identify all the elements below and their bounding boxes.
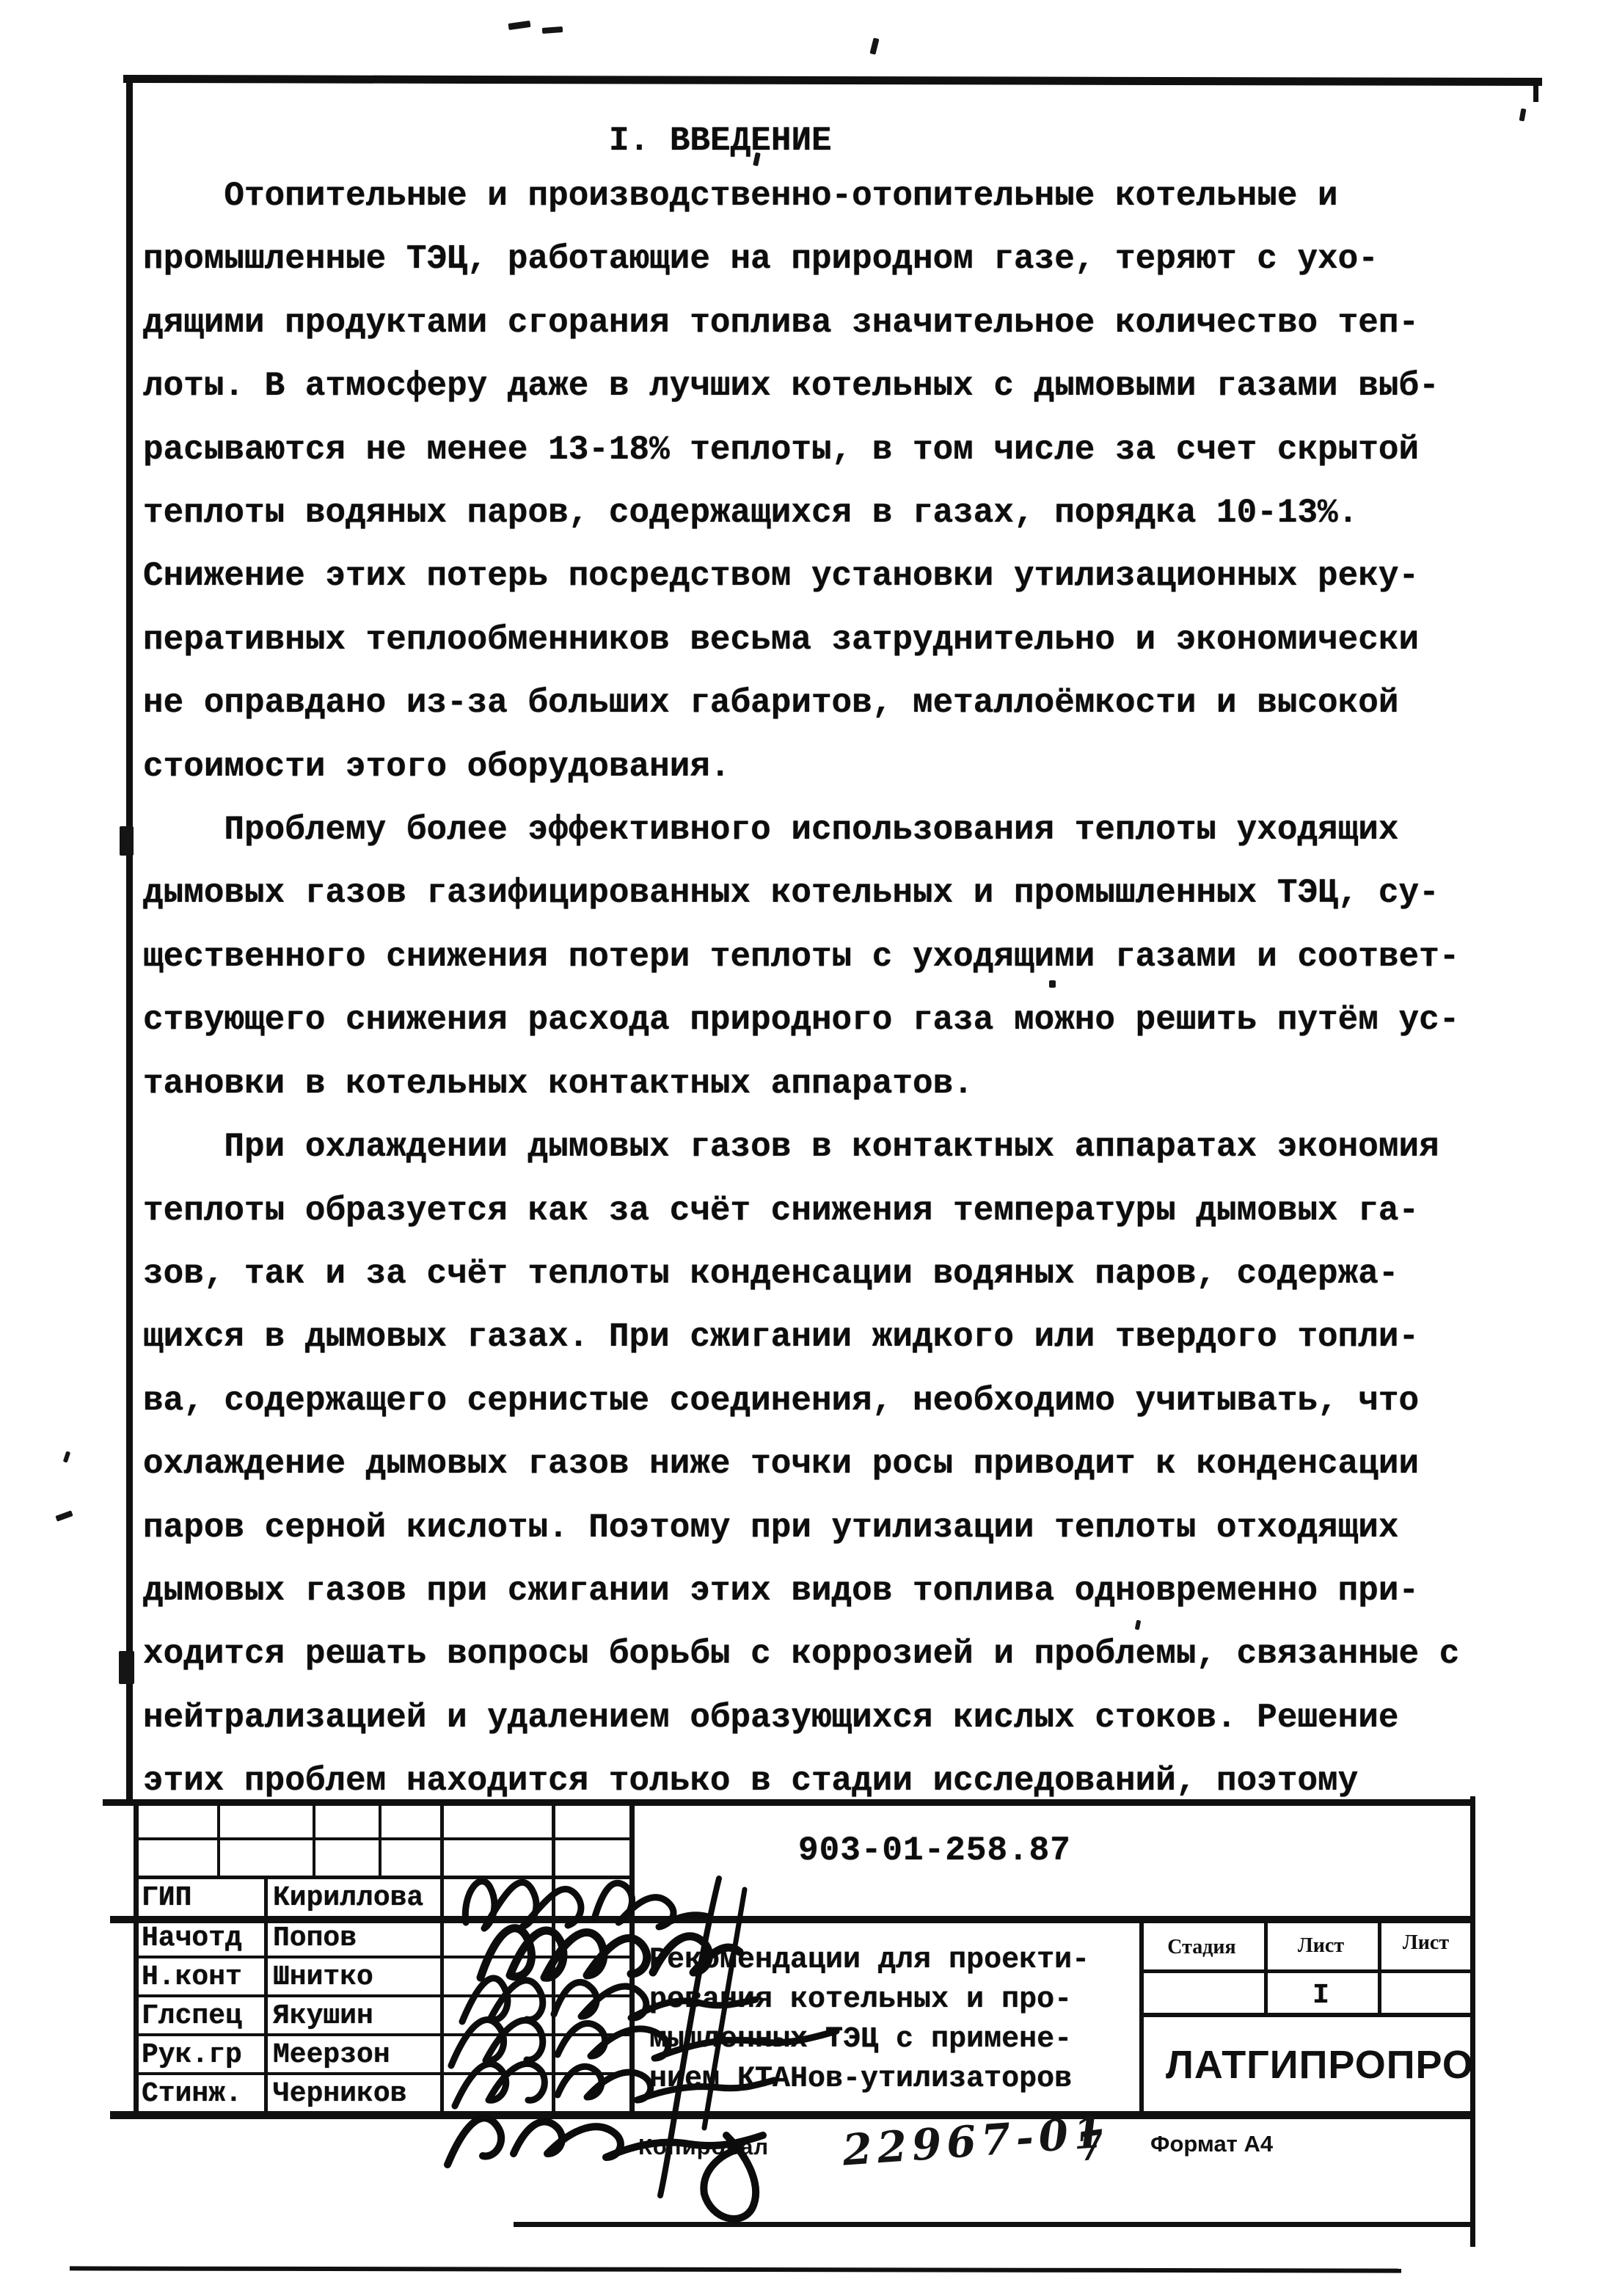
sheets-count-header: Лист bbox=[1381, 1931, 1470, 1955]
titleblock-line bbox=[136, 1837, 632, 1840]
titleblock-line bbox=[103, 1799, 1475, 1806]
scan-speck bbox=[542, 26, 563, 34]
signer-role: Стинж. bbox=[142, 2078, 242, 2110]
signer-name: Якушин bbox=[273, 2000, 373, 2032]
titleblock-line bbox=[264, 1876, 268, 2118]
signature-shnitko bbox=[462, 1978, 756, 2022]
signature-kirillova bbox=[465, 1881, 708, 1928]
titleblock-line bbox=[217, 1799, 220, 1878]
stage-header: Стадия bbox=[1139, 1936, 1264, 1959]
scan-speck bbox=[63, 1451, 70, 1462]
scan-speck bbox=[119, 1651, 134, 1684]
scanned-document-page: I. ВВЕДЕНИЕ Отопительные и производствен… bbox=[0, 0, 1603, 2296]
body-text: Отопительные и производственно-отопитель… bbox=[143, 164, 1459, 1813]
titleblock-line bbox=[1139, 1969, 1475, 1973]
titleblock-line bbox=[313, 1799, 315, 1878]
signer-name: Шнитко bbox=[273, 1961, 373, 1993]
scan-speck bbox=[1519, 109, 1527, 122]
scan-speck bbox=[508, 21, 531, 30]
signer-name: Меерзон bbox=[273, 2039, 390, 2071]
format-label: Формат А4 bbox=[1150, 2131, 1273, 2157]
signer-name: Черников bbox=[273, 2078, 406, 2110]
signer-name: Кириллова bbox=[273, 1882, 423, 1914]
scan-speck bbox=[120, 826, 134, 856]
sheet-header: Лист bbox=[1264, 1934, 1378, 1958]
scan-speck bbox=[869, 37, 879, 54]
titleblock-line bbox=[134, 1799, 139, 2118]
frame-left-line bbox=[126, 76, 133, 1802]
signatures-scribble bbox=[411, 1849, 968, 2231]
section-title: I. ВВЕДЕНИЕ bbox=[609, 122, 832, 160]
page-bottom-scan-line bbox=[70, 2266, 1401, 2273]
sheet-value: I bbox=[1264, 1980, 1378, 2011]
signer-role: Рук.гр bbox=[142, 2039, 242, 2071]
org-name-cell: ЛАТГИПРОПРОМ bbox=[1144, 2017, 1470, 2111]
signature-meerzon bbox=[455, 2063, 774, 2106]
frame-top-line bbox=[123, 75, 1542, 86]
signer-name: Попов bbox=[273, 1923, 357, 1954]
frame-top-right-stub bbox=[1533, 79, 1538, 102]
org-name: ЛАТГИПРОПРОМ bbox=[1166, 2042, 1470, 2088]
signer-role: Н.конт bbox=[142, 1961, 242, 1993]
titleblock-line bbox=[379, 1799, 381, 1878]
signature-yakushin bbox=[451, 2020, 836, 2066]
signer-role: ГИП bbox=[142, 1882, 191, 1914]
signature-chernikov bbox=[448, 2118, 763, 2218]
titleblock-line bbox=[1470, 1796, 1475, 2247]
scan-speck bbox=[55, 1510, 73, 1521]
signer-role: Начотд bbox=[142, 1923, 242, 1954]
signer-role: Глспец bbox=[142, 2000, 242, 2032]
